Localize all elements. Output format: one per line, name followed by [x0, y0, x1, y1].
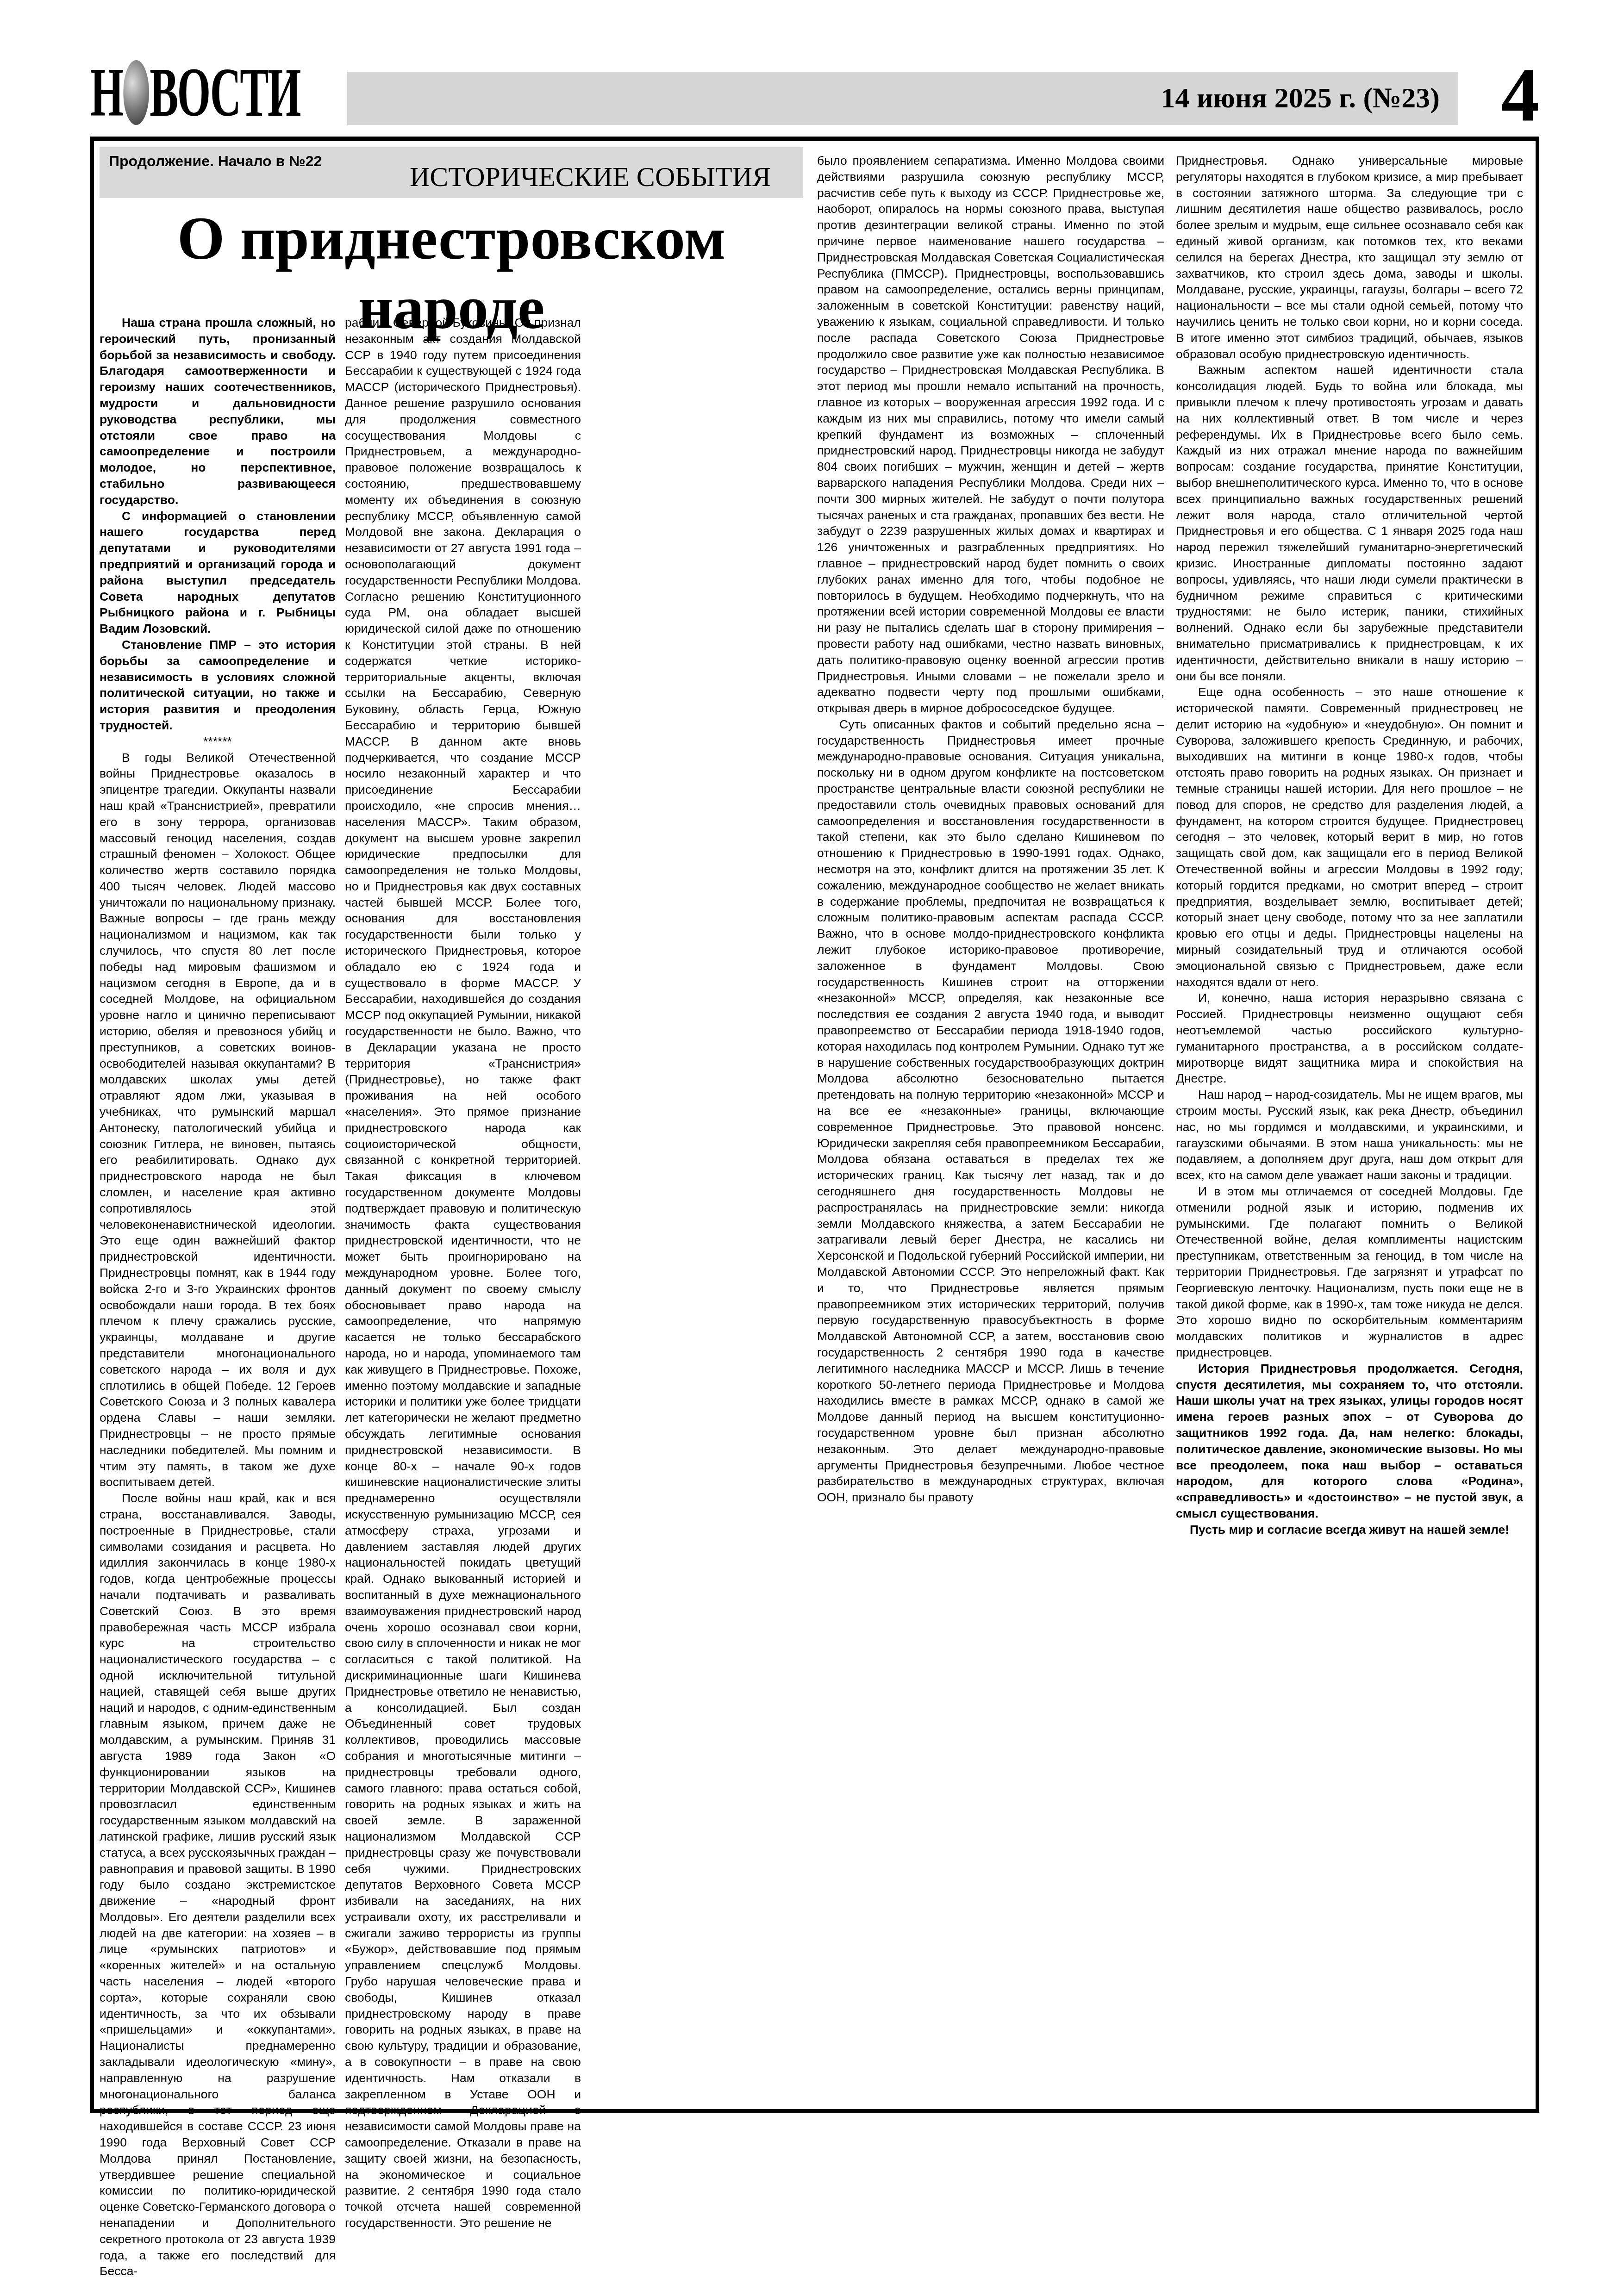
- page-number: 4: [1501, 51, 1540, 139]
- closing-paragraph: История Приднестровья продолжается. Сего…: [1176, 1361, 1523, 1522]
- date-band: 14 июня 2025 г. (№23): [347, 72, 1458, 125]
- body-paragraph: Суть описанных фактов и событий предельн…: [817, 716, 1164, 1506]
- column-3: было проявлением сепаратизма. Именно Мол…: [817, 153, 1164, 1506]
- body-paragraph: рабии и Северной Буковины. Он признал не…: [345, 315, 581, 2231]
- body-paragraph: И, конечно, наша история неразрывно связ…: [1176, 990, 1523, 1087]
- lead-paragraph: С информацией о становлении нашего госуд…: [100, 508, 336, 637]
- rubric-band: Продолжение. Начало в №22 ИСТОРИЧЕСКИЕ С…: [100, 147, 803, 198]
- continuation-note: Продолжение. Начало в №22: [109, 153, 322, 170]
- body-paragraph: Важным аспектом нашей идентичности стала…: [1176, 362, 1523, 684]
- body-paragraph: Еще одна особенность – это наше отношени…: [1176, 684, 1523, 990]
- lead-paragraph: Наша страна прошла сложный, но героическ…: [100, 315, 336, 508]
- closing-wish: Пусть мир и согласие всегда живут на наш…: [1176, 1522, 1523, 1538]
- body-paragraph: После войны наш край, как и вся страна, …: [100, 1490, 336, 2279]
- issue-date: 14 июня 2025 г. (№23): [1161, 82, 1440, 115]
- body-paragraph: Наш народ – народ-созидатель. Мы не ищем…: [1176, 1087, 1523, 1183]
- masthead: НВОСТИ 14 июня 2025 г. (№23) 4: [90, 56, 1539, 130]
- lead-paragraph: Становление ПМР – это история борьбы за …: [100, 637, 336, 734]
- separator: ******: [100, 734, 336, 750]
- body-paragraph: В годы Великой Отечественной войны Придн…: [100, 750, 336, 1491]
- section-title: ИСТОРИЧЕСКИЕ СОБЫТИЯ: [410, 161, 771, 193]
- body-paragraph: было проявлением сепаратизма. Именно Мол…: [817, 153, 1164, 716]
- column-1: Наша страна прошла сложный, но героическ…: [100, 315, 336, 2279]
- newspaper-logo: НВОСТИ: [90, 56, 300, 130]
- body-paragraph: Приднестровья. Однако универсальные миро…: [1176, 153, 1523, 362]
- column-4: Приднестровья. Однако универсальные миро…: [1176, 153, 1523, 1538]
- column-2: рабии и Северной Буковины. Он признал не…: [345, 315, 581, 2231]
- body-paragraph: И в этом мы отличаемся от соседней Молдо…: [1176, 1183, 1523, 1361]
- globe-icon: [123, 60, 149, 125]
